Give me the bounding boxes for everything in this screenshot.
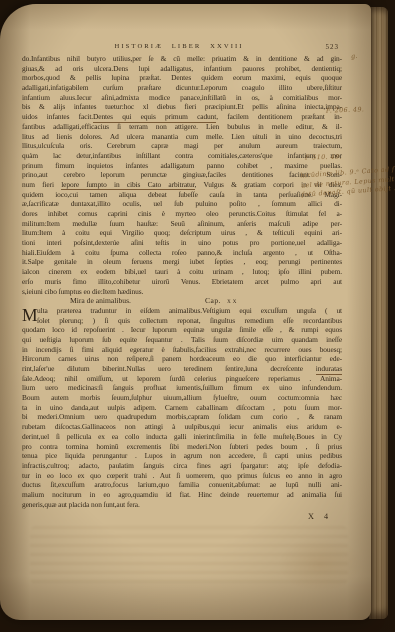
handwritten-margin-note: F 510. 49.	[305, 153, 342, 163]
text-line: malium nociturum in eo agro,quamdiu id f…	[22, 490, 342, 500]
text-line: giuas,& ad oris ulcera.Dens lupi adallig…	[22, 64, 342, 74]
text-line: num fieri lepore ſumpto in cibis Cato ar…	[22, 180, 342, 190]
text-line: prino,aut cerebro leporum perunctæ gingi…	[22, 170, 342, 180]
text-line: uidos infantes facit.Dentes qui equis pr…	[22, 112, 342, 122]
text-line: rubetam diſcoctas.Gallinaceos non atting…	[22, 422, 342, 432]
text-line: s,ieiuni cibo ſumptus eo die:Item hædinu…	[22, 287, 342, 297]
signature-mark: X 4	[22, 512, 342, 521]
text-line: Hircorum carnes uirus non reſipere,ſi pa…	[22, 354, 342, 364]
text-line: tenua pice liquida perungantur . Lupos i…	[22, 451, 342, 461]
text-line: ductus ſit,excuſſum aratro,focus larium,…	[22, 480, 342, 490]
chapter-title: Mira de animalibus.	[70, 296, 131, 306]
text-line: Boum autem morbis ſeuum,ſulphur uiuum,al…	[22, 393, 342, 403]
text-line: pro contra tormina hominū excrementis ſi…	[22, 442, 342, 452]
text-block-1: do.Infantibus nihil butyro utilius,per ſ…	[22, 54, 342, 296]
text-line: in incendijs ſi fimi aliquid egeratur è …	[22, 345, 342, 355]
running-header-title: HISTORIÆ LIBER XXVIII	[115, 43, 244, 50]
ink-underline: induratas	[316, 364, 342, 375]
text-line: erſo muris fimo illito,cohibetur uirorū …	[22, 277, 342, 287]
text-line: æ,ſacrificatæ duntaxat,illito oculis, ue…	[22, 199, 342, 209]
text-line: hiali.Eiuſdem à coitu ſpuma collecta roſ…	[22, 248, 342, 258]
text-line: qui ueſtigia luporum ſub equite ſequantu…	[22, 335, 342, 345]
text-line: generis,quæ aut placida non ſunt,aut fer…	[22, 500, 342, 510]
text-line: quidem ioco,cui tamen aliqua debeat ſube…	[22, 190, 342, 200]
dropcap-paragraph: M ulta præterea traduntur in eiſdem anim…	[22, 306, 342, 325]
main-text-column: do.Infantibus nihil butyro utilius,per ſ…	[22, 54, 342, 521]
text-line: ſale.Adeoq; nihil omiſſum, ut leporem ſu…	[22, 374, 342, 384]
handwritten-margin-note: g.	[350, 52, 358, 62]
photo-of-book-page: { "book_page": { "running_header": { "ti…	[0, 0, 395, 632]
book-page: HISTORIÆ LIBER XXVIII 523 do.Infantibus …	[0, 4, 371, 620]
chapter-cap-label: Cap.xx	[205, 296, 238, 306]
text-line: litum:Item à coitu equi Virgilio quoq; d…	[22, 228, 342, 238]
text-line: it.Salpe genitale in oleum feruens mergi…	[22, 257, 342, 267]
text-line: ta in uino danda,aut uulpis adipem. Carn…	[22, 403, 342, 413]
chapter-heading: Mira de animalibus. Cap.xx	[22, 296, 342, 306]
text-line: infantium aluus.Iecur aſini,admixta modi…	[22, 93, 342, 103]
handwritten-margin-note: F. 206. 49.	[326, 105, 365, 116]
text-line: do.Infantibus nihil butyro utilius,per ſ…	[22, 54, 342, 64]
text-line: quodam loco id repoſuerint . Iecur lupor…	[22, 325, 342, 335]
ink-bleedthrough	[30, 526, 348, 584]
running-header-row: HISTORIÆ LIBER XXVIII 523	[0, 43, 371, 53]
text-line: ialcon cinerem ex eodem bibi,uel tauri à…	[22, 267, 342, 277]
text-line: militum:Item medullæ ſuum hauſtæ: Seuū a…	[22, 219, 342, 229]
ink-underline: lepore ſumpto in cibis Cato arbitratur	[61, 180, 194, 191]
text-line: adalligati,infatigabilem curſum præſtare…	[22, 83, 342, 93]
text-line: ſolet plerunq; ) ſi quis collectum repon…	[37, 316, 342, 326]
text-line: dores inhibet cornus caprini cinis è myr…	[22, 209, 342, 219]
text-line: bis & alijs infantes tuetur:hoc xl diebu…	[22, 102, 342, 112]
dropcap-lines: ulta præterea traduntur in eiſdem animal…	[37, 306, 342, 325]
text-line: infractis,cultroq; adacto, paulatim ſang…	[22, 461, 342, 471]
text-line: tioni interi poſsint,dexterúe aſini teſt…	[22, 238, 342, 248]
text-line: morbos,quod & pellis lupina præſtat. Den…	[22, 73, 342, 83]
text-line: prinum fimum inquietos infantes adalliga…	[22, 161, 342, 171]
text-line: llitus,ulcuſcula oris. Cerebrum capræ ma…	[22, 141, 342, 151]
text-line: litus ad lienis dolores. Ad ulcera manan…	[22, 132, 342, 142]
text-line: lium uero medicinas:ſi ſanguis profluat …	[22, 383, 342, 393]
text-line: ulta præterea traduntur in eiſdem animal…	[37, 306, 342, 316]
text-block-2: quodam loco id repoſuerint . Iecur lupor…	[22, 325, 342, 509]
chapter-number: xx	[227, 296, 238, 305]
book-fore-edge-pages	[369, 7, 388, 619]
drop-cap-letter: M	[22, 306, 37, 325]
text-line: tur in eo loco ex quo cœperit trahi . Au…	[22, 471, 342, 481]
text-line: quàm lac detur,infantibus inſtillant con…	[22, 151, 342, 161]
text-line: derint,uel ſi pellicula ex ea collo indu…	[22, 432, 342, 442]
text-line: fantibus adalligati,efficacius ſi terram…	[22, 122, 342, 132]
text-line: rint,laſer'ue dilutum biberint.Nullas ue…	[22, 364, 342, 374]
page-number: 523	[326, 43, 340, 51]
text-line: bi mederi.Omnium uero quadrupedum morbis…	[22, 412, 342, 422]
